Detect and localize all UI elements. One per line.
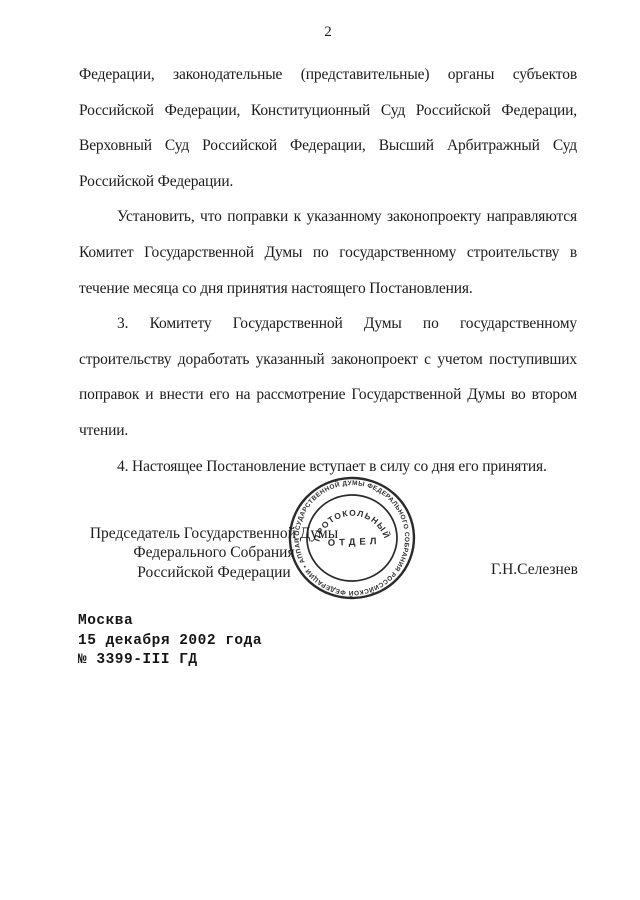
- page-number: 2: [79, 24, 577, 41]
- body-line: 3. Комитету Государственной Думы по госу…: [79, 306, 577, 342]
- stamp-department-center: ОТДЕЛ: [328, 536, 381, 549]
- footer-number: № 3399-III ГД: [78, 651, 262, 671]
- body-line: поправок и внести его на рассмотрение Го…: [79, 377, 577, 413]
- footer-date: 15 декабря 2002 года: [78, 632, 262, 652]
- footer-place: Москва: [78, 612, 262, 632]
- document-page: 2 Федерации, законодательные (представит…: [0, 0, 640, 900]
- body-line: Комитет Государственной Думы по государс…: [79, 235, 577, 271]
- body-line: Федерации, законодательные (представител…: [79, 57, 577, 93]
- signatory-name: Г.Н.Селезнев: [450, 561, 578, 579]
- body-line: Российской Федерации.: [79, 164, 577, 200]
- body-text: Федерации, законодательные (представител…: [79, 57, 577, 484]
- official-stamp: ГОСУДАРСТВЕННОЙ ДУМЫ ФЕДЕРАЛЬНОГО СОБРАН…: [283, 473, 421, 606]
- body-line: Российской Федерации, Конституционный Су…: [79, 93, 577, 129]
- body-line: строительству доработать указанный закон…: [79, 342, 577, 378]
- body-line: Установить, что поправки к указанному за…: [79, 199, 577, 235]
- footer-block: Москва 15 декабря 2002 года № 3399-III Г…: [78, 612, 262, 671]
- body-line: чтении.: [79, 413, 577, 449]
- body-line: течение месяца со дня принятия настоящег…: [79, 271, 577, 307]
- body-line: Верховный Суд Российской Федерации, Высш…: [79, 128, 577, 164]
